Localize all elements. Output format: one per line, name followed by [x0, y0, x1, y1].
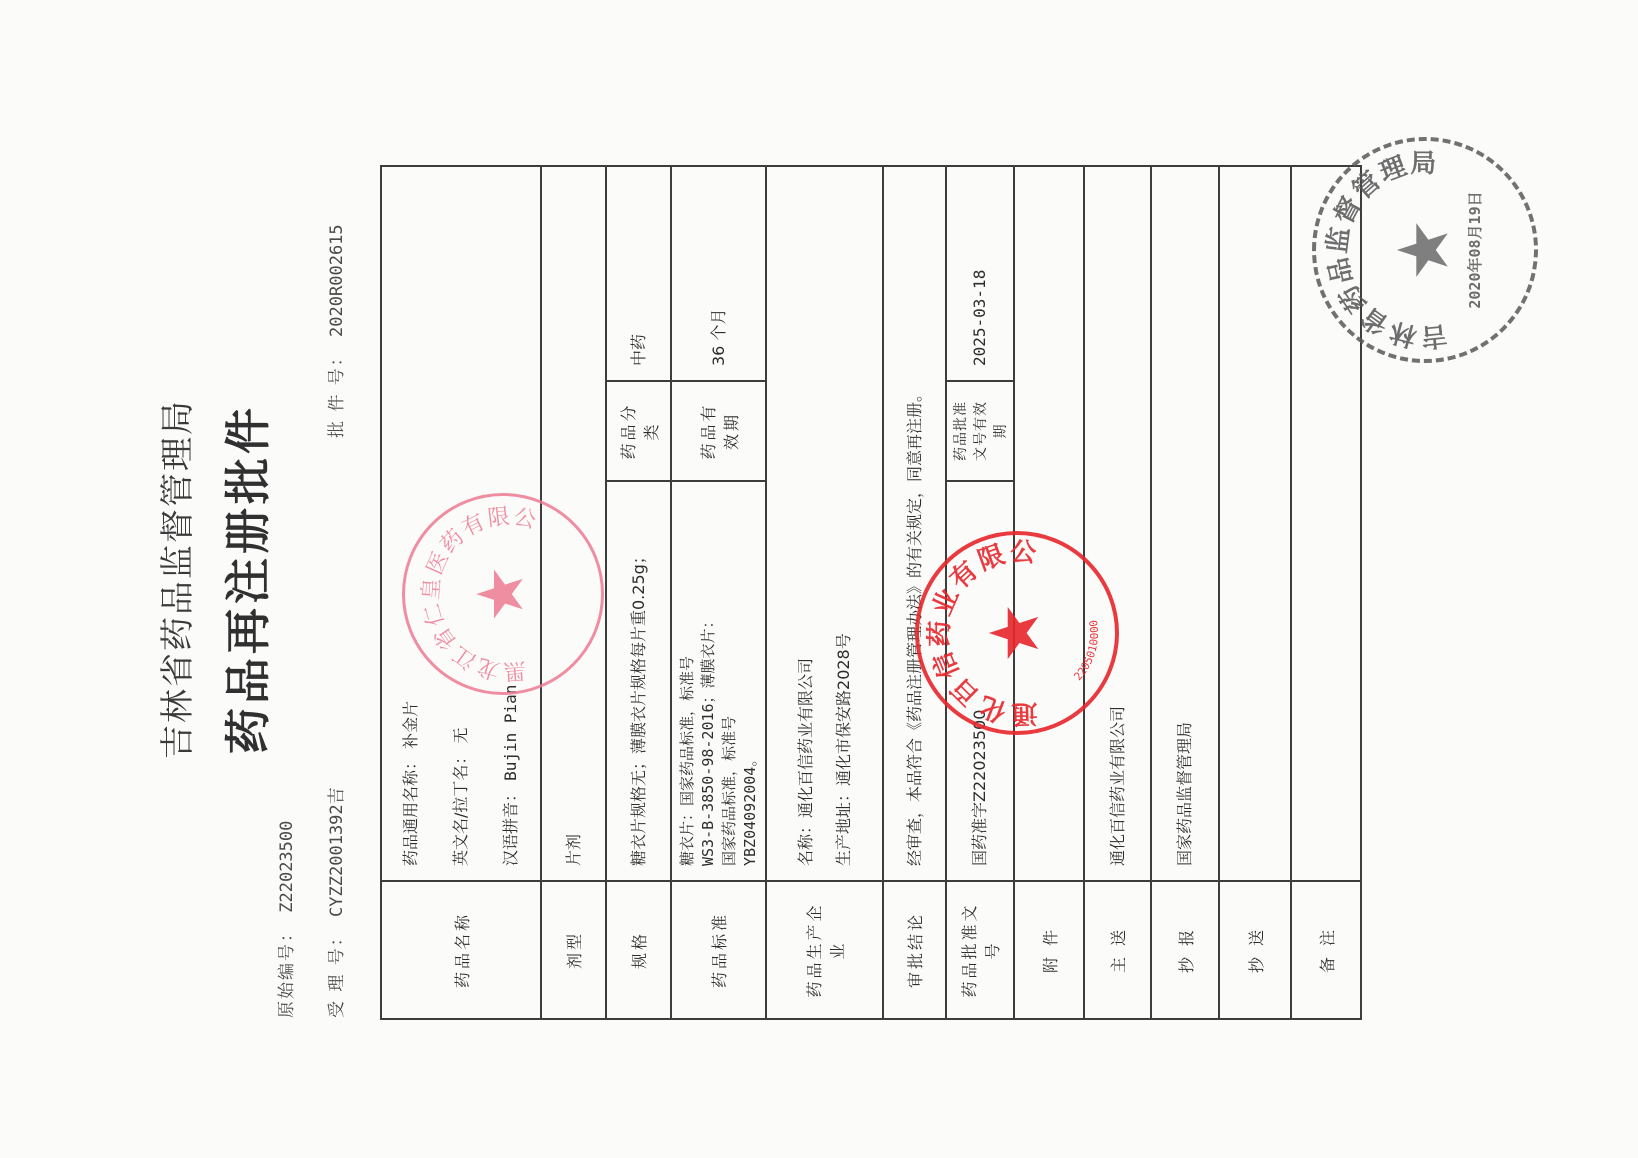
approval-expiry-label: 药品批准文号有效期 [946, 381, 1014, 481]
drug-name-cell: 药品通用名称： 补金片 英文名/拉丁名： 无 汉语拼音： Bujin Pian [381, 166, 541, 881]
generic-name: 药品通用名称： 补金片 [386, 181, 436, 866]
report-to-value: 国家药品监督管理局 [1151, 166, 1219, 881]
attachment-value [1014, 166, 1084, 881]
row-dosage-form: 剂型 片剂 [541, 166, 606, 1019]
row-conclusion: 审批结论 经审查，本品符合《药品注册管理办法》的有关规定，同意再注册。 [883, 166, 946, 1019]
row-copy-to: 抄 送 [1219, 166, 1291, 1019]
receipt-number: 受 理 号： CYZZ2001392吉 [322, 787, 347, 1018]
row-report-to: 抄 报 国家药品监督管理局 [1151, 166, 1219, 1019]
document-page: 吉林省药品监督管理局 药品再注册批件 原始编号： Z22023500 受 理 号… [0, 0, 1638, 1158]
row-drug-name: 药品名称 药品通用名称： 补金片 英文名/拉丁名： 无 汉语拼音： Bujin … [381, 166, 541, 1019]
main-recipient-value: 通化百信药业有限公司 [1084, 166, 1151, 881]
original-number: 原始编号： Z22023500 [272, 821, 297, 1018]
english-name: 英文名/拉丁名： 无 [436, 181, 486, 866]
category-label: 药品分类 [606, 381, 671, 481]
drug-name-label: 药品名称 [381, 881, 541, 1019]
report-to-label: 抄 报 [1151, 881, 1219, 1019]
row-spec: 规格 糖衣片规格无；薄膜衣片规格每片重0.25g； 药品分类 中药 [606, 166, 671, 1019]
approval-number: 批 件 号： 2020R002615 [322, 224, 347, 438]
spec-label: 规格 [606, 881, 671, 1019]
conclusion-value: 经审查，本品符合《药品注册管理办法》的有关规定，同意再注册。 [883, 166, 946, 881]
main-recipient-label: 主 送 [1084, 881, 1151, 1019]
original-number-value: Z22023500 [277, 821, 297, 913]
seal-date: 2020年08月19日 [1464, 141, 1485, 359]
star-icon: ★ [1382, 219, 1464, 282]
manufacturer-address: 生产地址：通化市保安路2028号 [825, 181, 863, 866]
row-remarks: 备 注 [1291, 166, 1361, 1019]
row-main-recipient: 主 送 通化百信药业有限公司 [1084, 166, 1151, 1019]
receipt-number-label: 受 理 号： [327, 927, 347, 1018]
spec-value: 糖衣片规格无；薄膜衣片规格每片重0.25g； [606, 481, 671, 881]
standard-label: 药品标准 [671, 881, 766, 1019]
dosage-form-label: 剂型 [541, 881, 606, 1019]
remarks-value [1291, 166, 1361, 881]
standard-value: 糖衣片：国家药品标准，标准号 WS3-B-3850-98-2016；薄膜衣片： … [671, 481, 766, 881]
validity-label: 药品有效期 [671, 381, 766, 481]
approval-doc-value: 国药准字Z22023500 [946, 481, 1014, 881]
validity-value: 36 个月 [671, 166, 766, 381]
remarks-label: 备 注 [1291, 881, 1361, 1019]
manufacturer-label: 药品生产企业 [766, 881, 883, 1019]
row-approval-doc: 药品批准文号 国药准字Z22023500 药品批准文号有效期 2025-03-1… [946, 166, 1014, 1019]
approval-number-label: 批 件 号： [327, 347, 347, 438]
registration-table: 药品名称 药品通用名称： 补金片 英文名/拉丁名： 无 汉语拼音： Bujin … [380, 165, 1362, 1020]
original-number-label: 原始编号： [277, 923, 297, 1018]
manufacturer-cell: 名称：通化百信药业有限公司 生产地址：通化市保安路2028号 [766, 166, 883, 881]
row-attachment: 附 件 [1014, 166, 1084, 1019]
approval-doc-label: 药品批准文号 [946, 881, 1014, 1019]
conclusion-label: 审批结论 [883, 881, 946, 1019]
row-standard: 药品标准 糖衣片：国家药品标准，标准号 WS3-B-3850-98-2016；薄… [671, 166, 766, 1019]
receipt-number-value: CYZZ2001392吉 [327, 787, 347, 917]
row-manufacturer: 药品生产企业 名称：通化百信药业有限公司 生产地址：通化市保安路2028号 [766, 166, 883, 1019]
approval-number-value: 2020R002615 [327, 224, 347, 337]
copy-to-label: 抄 送 [1219, 881, 1291, 1019]
approval-expiry-value: 2025-03-18 [946, 166, 1014, 381]
pinyin-name: 汉语拼音： Bujin Pian [486, 181, 536, 866]
dosage-form-value: 片剂 [541, 166, 606, 881]
document-title: 药品再注册批件 [212, 0, 278, 1158]
attachment-label: 附 件 [1014, 881, 1084, 1019]
issuing-agency: 吉林省药品监督管理局 [150, 0, 199, 1158]
manufacturer-name: 名称：通化百信药业有限公司 [787, 181, 825, 866]
copy-to-value [1219, 166, 1291, 881]
category-value: 中药 [606, 166, 671, 381]
